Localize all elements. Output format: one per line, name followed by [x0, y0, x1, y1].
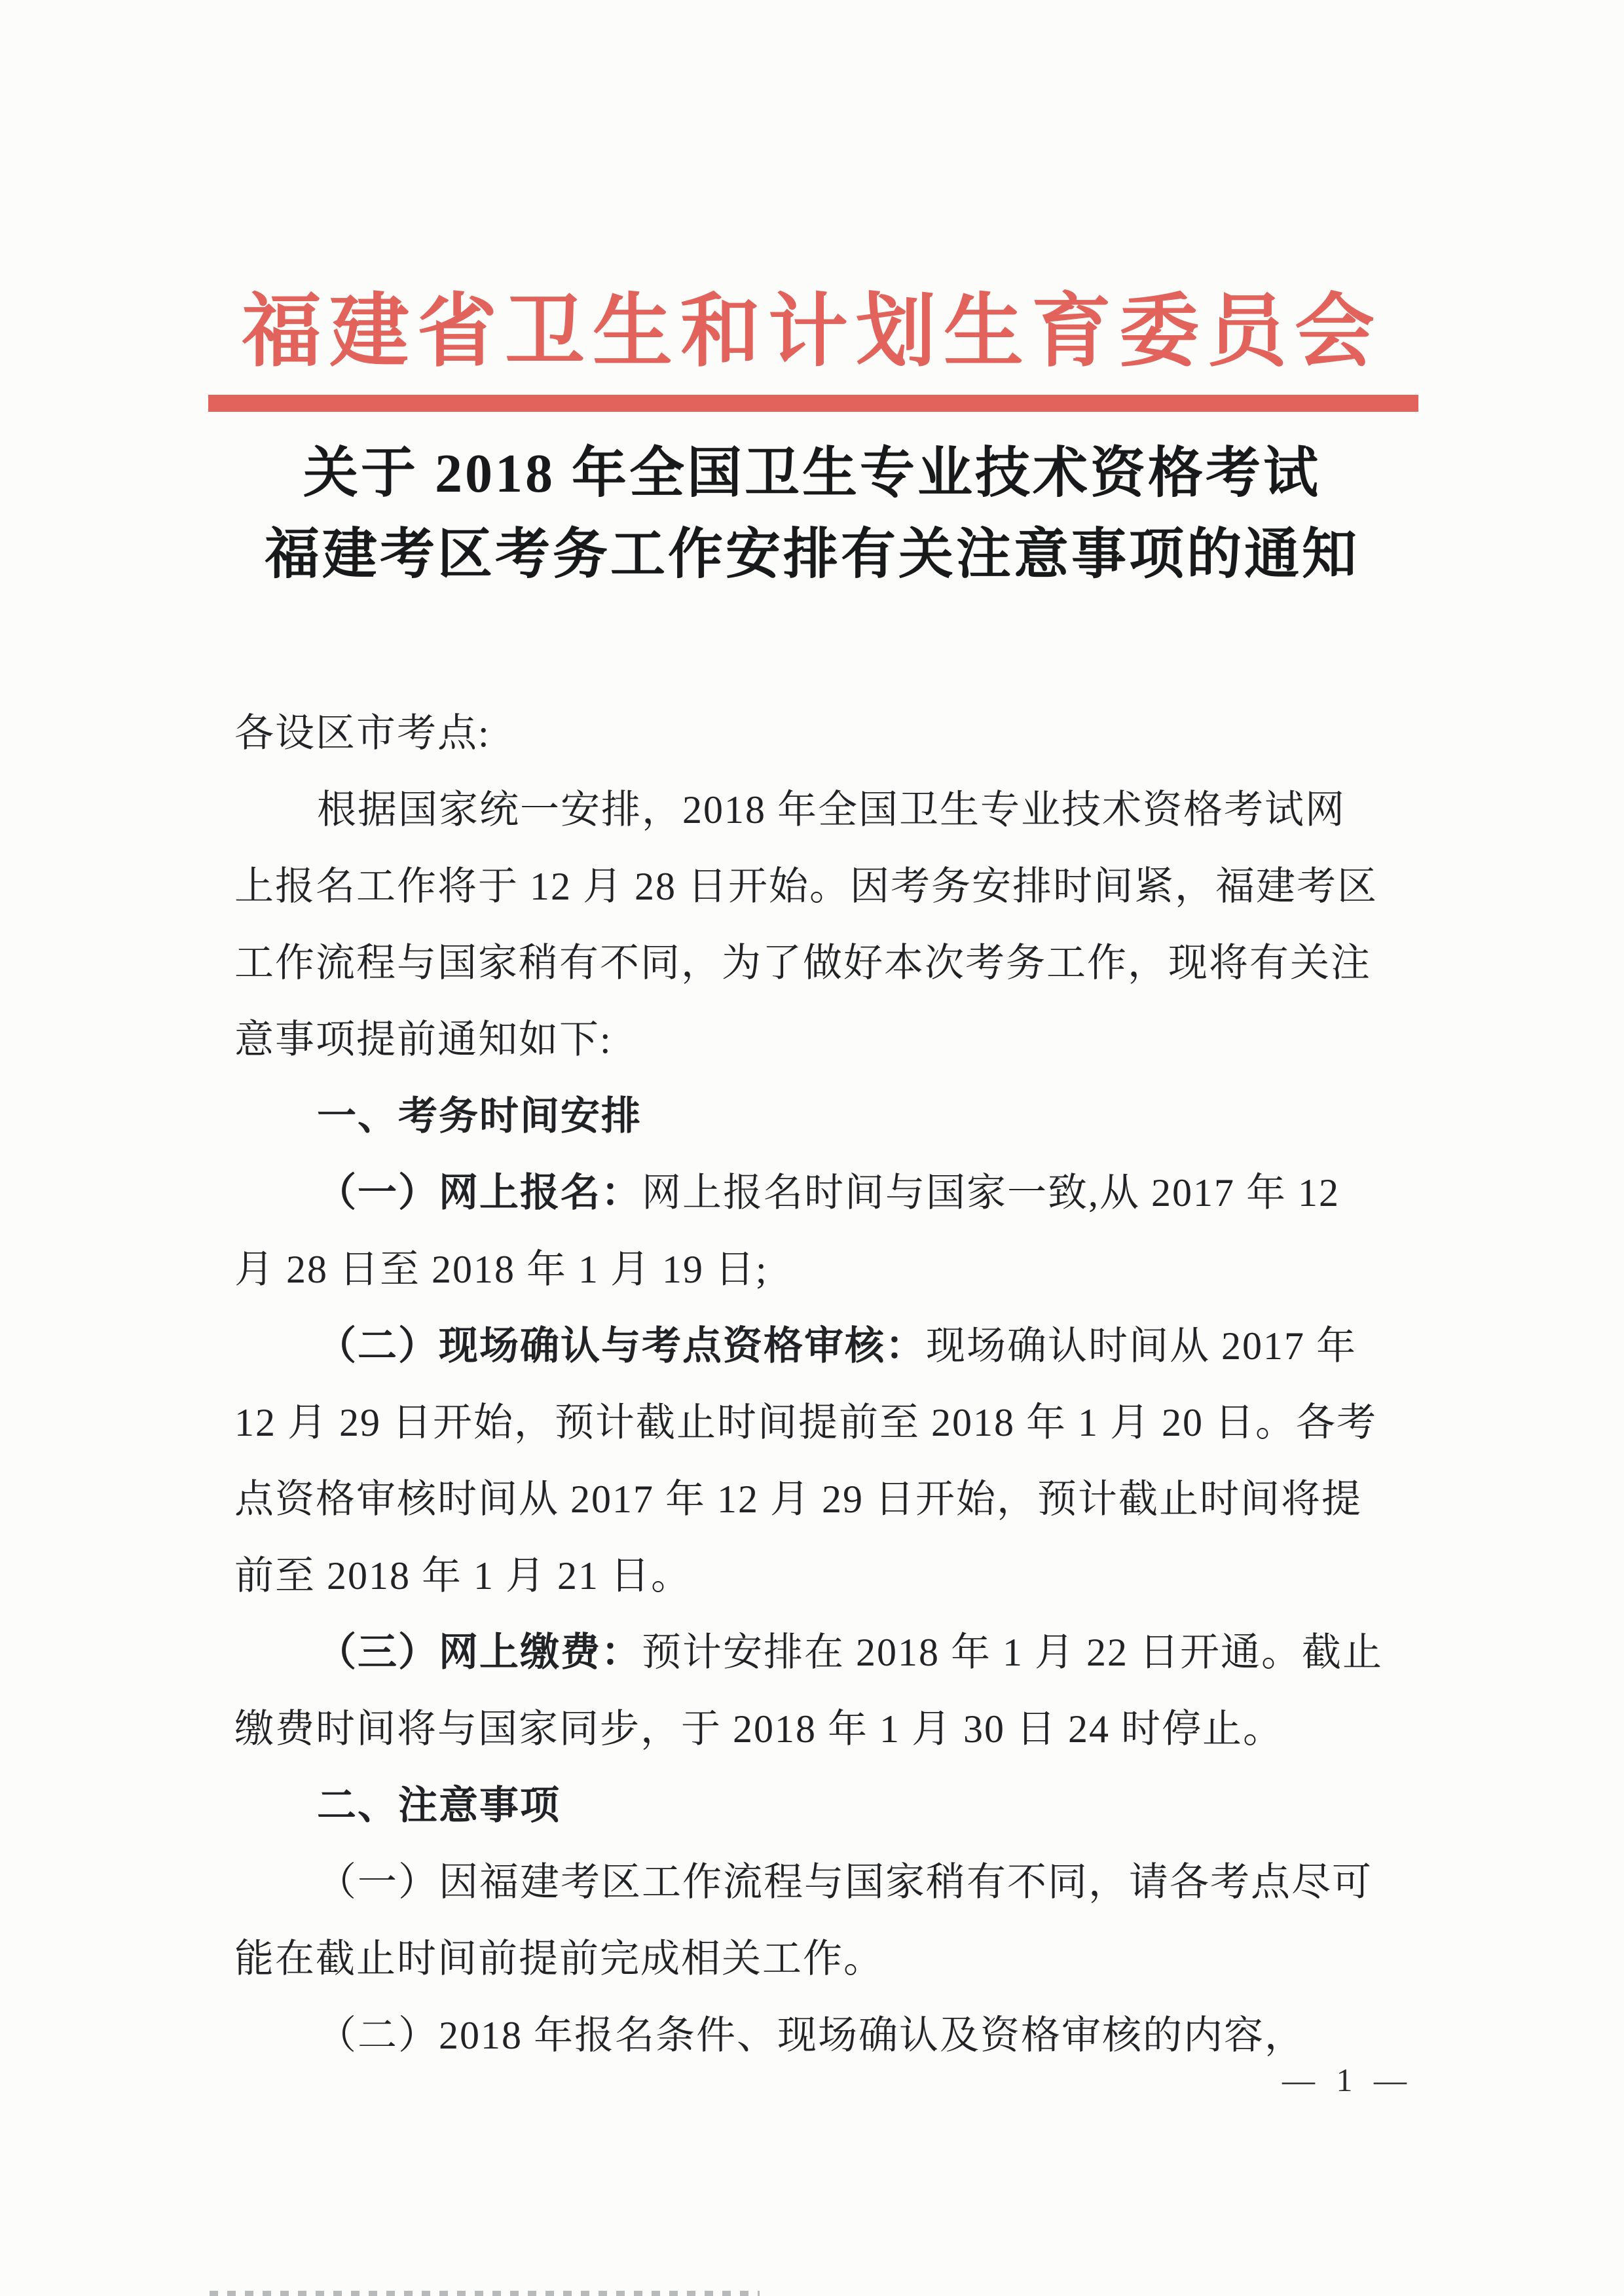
document-title-line1: 关于 2018 年全国卫生专业技术资格考试	[0, 433, 1624, 515]
document-body: 各设区市考点: 根据国家统一安排，2018 年全国卫生专业技术资格考试网 上报名…	[234, 695, 1413, 2074]
body-line: （三）网上缴费：预计安排在 2018 年 1 月 22 日开通。截止	[234, 1614, 1413, 1691]
item-text: 预计安排在 2018 年 1 月 22 日开通。截止	[642, 1631, 1383, 1674]
item-label-online-payment: （三）网上缴费：	[317, 1631, 642, 1674]
body-line: 缴费时间将与国家同步，于 2018 年 1 月 30 日 24 时停止。	[234, 1691, 1413, 1768]
body-line: （一）因福建考区工作流程与国家稍有不同，请各考点尽可	[234, 1844, 1413, 1921]
body-line: 上报名工作将于 12 月 28 日开始。因考务安排时间紧，福建考区	[234, 848, 1413, 925]
issuing-org-letterhead: 福建省卫生和计划生育委员会	[0, 267, 1624, 382]
letterhead-divider-rule	[208, 395, 1418, 412]
body-line: 12 月 29 日开始，预计截止时间提前至 2018 年 1 月 20 日。各考	[234, 1385, 1413, 1461]
page-number: — 1 —	[1282, 2061, 1413, 2099]
body-line: 点资格审核时间从 2017 年 12 月 29 日开始，预计截止时间将提	[234, 1461, 1413, 1538]
body-line: 前至 2018 年 1 月 21 日。	[234, 1538, 1413, 1614]
document-title: 关于 2018 年全国卫生专业技术资格考试 福建考区考务工作安排有关注意事项的通…	[0, 433, 1624, 596]
body-line: 意事项提前通知如下:	[234, 1002, 1413, 1078]
body-line: 能在截止时间前提前完成相关工作。	[234, 1921, 1413, 1997]
scan-artifact-next-page-edge	[210, 2291, 760, 2296]
item-text: 网上报名时间与国家一致,从 2017 年 12	[642, 1171, 1340, 1214]
body-line: 根据国家统一安排，2018 年全国卫生专业技术资格考试网	[234, 772, 1413, 848]
scanned-notice-page: 福建省卫生和计划生育委员会 关于 2018 年全国卫生专业技术资格考试 福建考区…	[0, 0, 1624, 2296]
body-line: 月 28 日至 2018 年 1 月 19 日;	[234, 1231, 1413, 1308]
item-text: 现场确认时间从 2017 年	[926, 1324, 1357, 1368]
body-line: 工作流程与国家稍有不同，为了做好本次考务工作，现将有关注	[234, 925, 1413, 1002]
section-heading-exam-schedule: 一、考务时间安排	[234, 1078, 1413, 1155]
document-title-line2: 福建考区考务工作安排有关注意事项的通知	[0, 515, 1624, 596]
item-label-onsite-confirmation: （二）现场确认与考点资格审核：	[317, 1324, 926, 1368]
section-heading-notes: 二、注意事项	[234, 1768, 1413, 1844]
item-label-online-registration: （一）网上报名：	[317, 1171, 642, 1214]
body-line: （二）现场确认与考点资格审核：现场确认时间从 2017 年	[234, 1308, 1413, 1385]
body-line: （二）2018 年报名条件、现场确认及资格审核的内容，	[234, 1997, 1413, 2074]
body-line: （一）网上报名：网上报名时间与国家一致,从 2017 年 12	[234, 1155, 1413, 1231]
salutation-line: 各设区市考点:	[234, 695, 1413, 772]
